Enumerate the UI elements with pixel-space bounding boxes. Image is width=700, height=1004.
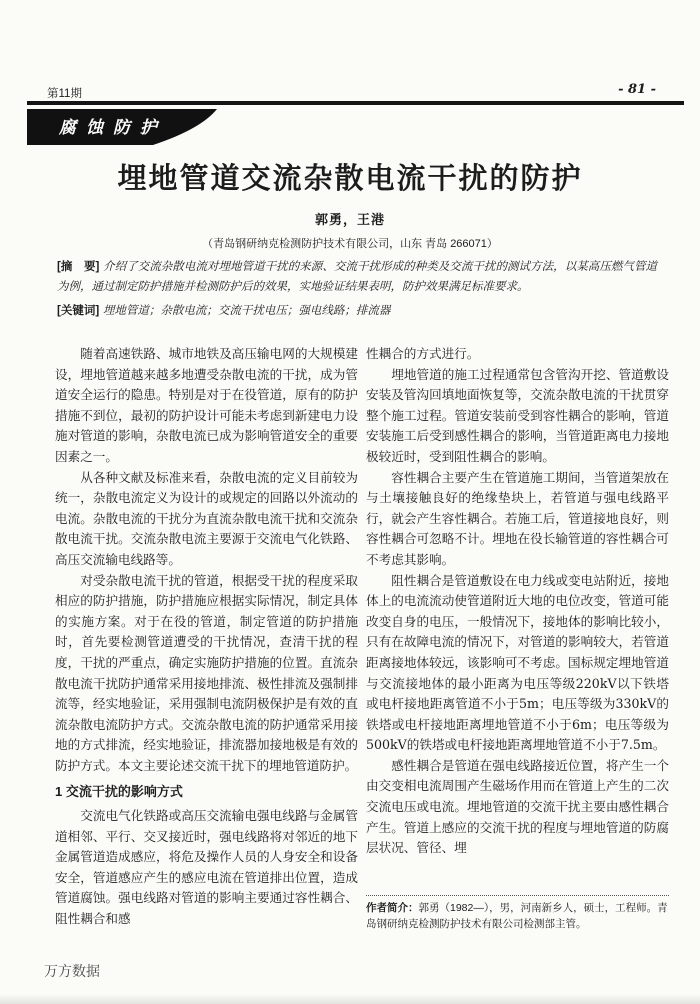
keywords-block: [关键词] 埋地管道；杂散电流；交流干扰电压；强电线路；排流器 [57,301,657,321]
scan-bottom-edge [0,994,700,1004]
keywords-label: [关键词] [57,305,99,317]
article-authors: 郭勇，王港 [0,209,700,228]
abstract-block: [摘 要] 介绍了交流杂散电流对埋地管道干扰的来源、交流干扰形成的种类及交流干扰… [57,257,657,296]
paragraph: 随着高速铁路、城市地铁及高压输电网的大规模建设，埋地管道越来越多地遭受杂散电流的… [55,344,358,468]
section-banner: 腐蚀防护 [27,109,217,145]
body-columns: 随着高速铁路、城市地铁及高压输电网的大规模建设，埋地管道越来越多地遭受杂散电流的… [55,344,669,932]
journal-issue: 第11期 [47,85,82,101]
header-rule [27,101,684,105]
section-banner-label: 腐蚀防护 [59,109,167,145]
left-column: 随着高速铁路、城市地铁及高压输电网的大规模建设，埋地管道越来越多地遭受杂散电流的… [55,344,358,932]
article-affiliation: （青岛钢研纳克检测防护技术有限公司，山东 青岛 266071） [0,235,700,251]
paragraph: 阻性耦合是管道敷设在电力线或变电站附近，接地体上的电流流动使管道附近大地的电位改… [366,571,669,756]
abstract-label: [摘 要] [57,261,99,273]
section-heading-1: 1 交流干扰的影响方式 [55,782,358,803]
abstract-text: 介绍了交流杂散电流对埋地管道干扰的来源、交流干扰形成的种类及交流干扰的测试方法，… [57,259,657,293]
wanfang-watermark: 万方数据 [44,961,100,981]
paragraph: 埋地管道的施工过程通常包含管沟开挖、管道敷设安装及管沟回填地面恢复等，交流杂散电… [366,365,669,468]
page-number: - 81 - [618,82,656,97]
paragraph: 性耦合的方式进行。 [366,344,669,365]
article-title: 埋地管道交流杂散电流干扰的防护 [0,156,700,197]
right-column: 性耦合的方式进行。 埋地管道的施工过程通常包含管沟开挖、管道敷设安装及管沟回填地… [366,344,669,932]
paragraph: 容性耦合主要产生在管道施工期间，当管道架放在与土壤接触良好的绝缘垫块上，若管道与… [366,468,669,571]
paragraph: 从各种文献及标准来看，杂散电流的定义目前较为统一，杂散电流定义为设计的或规定的回… [55,468,358,571]
paragraph: 感性耦合是管道在强电线路接近位置，将产生一个由交变相电流周围产生磁场作用而在管道… [366,756,669,859]
keywords-text: 埋地管道；杂散电流；交流干扰电压；强电线路；排流器 [103,303,391,317]
author-bio: 作者简介：郭勇（1982—），男，河南新乡人，硕士，工程师。青岛钢研纳克检测防护… [366,895,669,932]
author-bio-label: 作者简介： [366,902,419,914]
paragraph: 对受杂散电流干扰的管道，根据受干扰的程度采取相应的防护措施，防护措施应根据实际情… [55,571,358,777]
paragraph: 交流电气化铁路或高压交流输电强电线路与金属管道相邻、平行、交叉接近时，强电线路将… [55,806,358,930]
